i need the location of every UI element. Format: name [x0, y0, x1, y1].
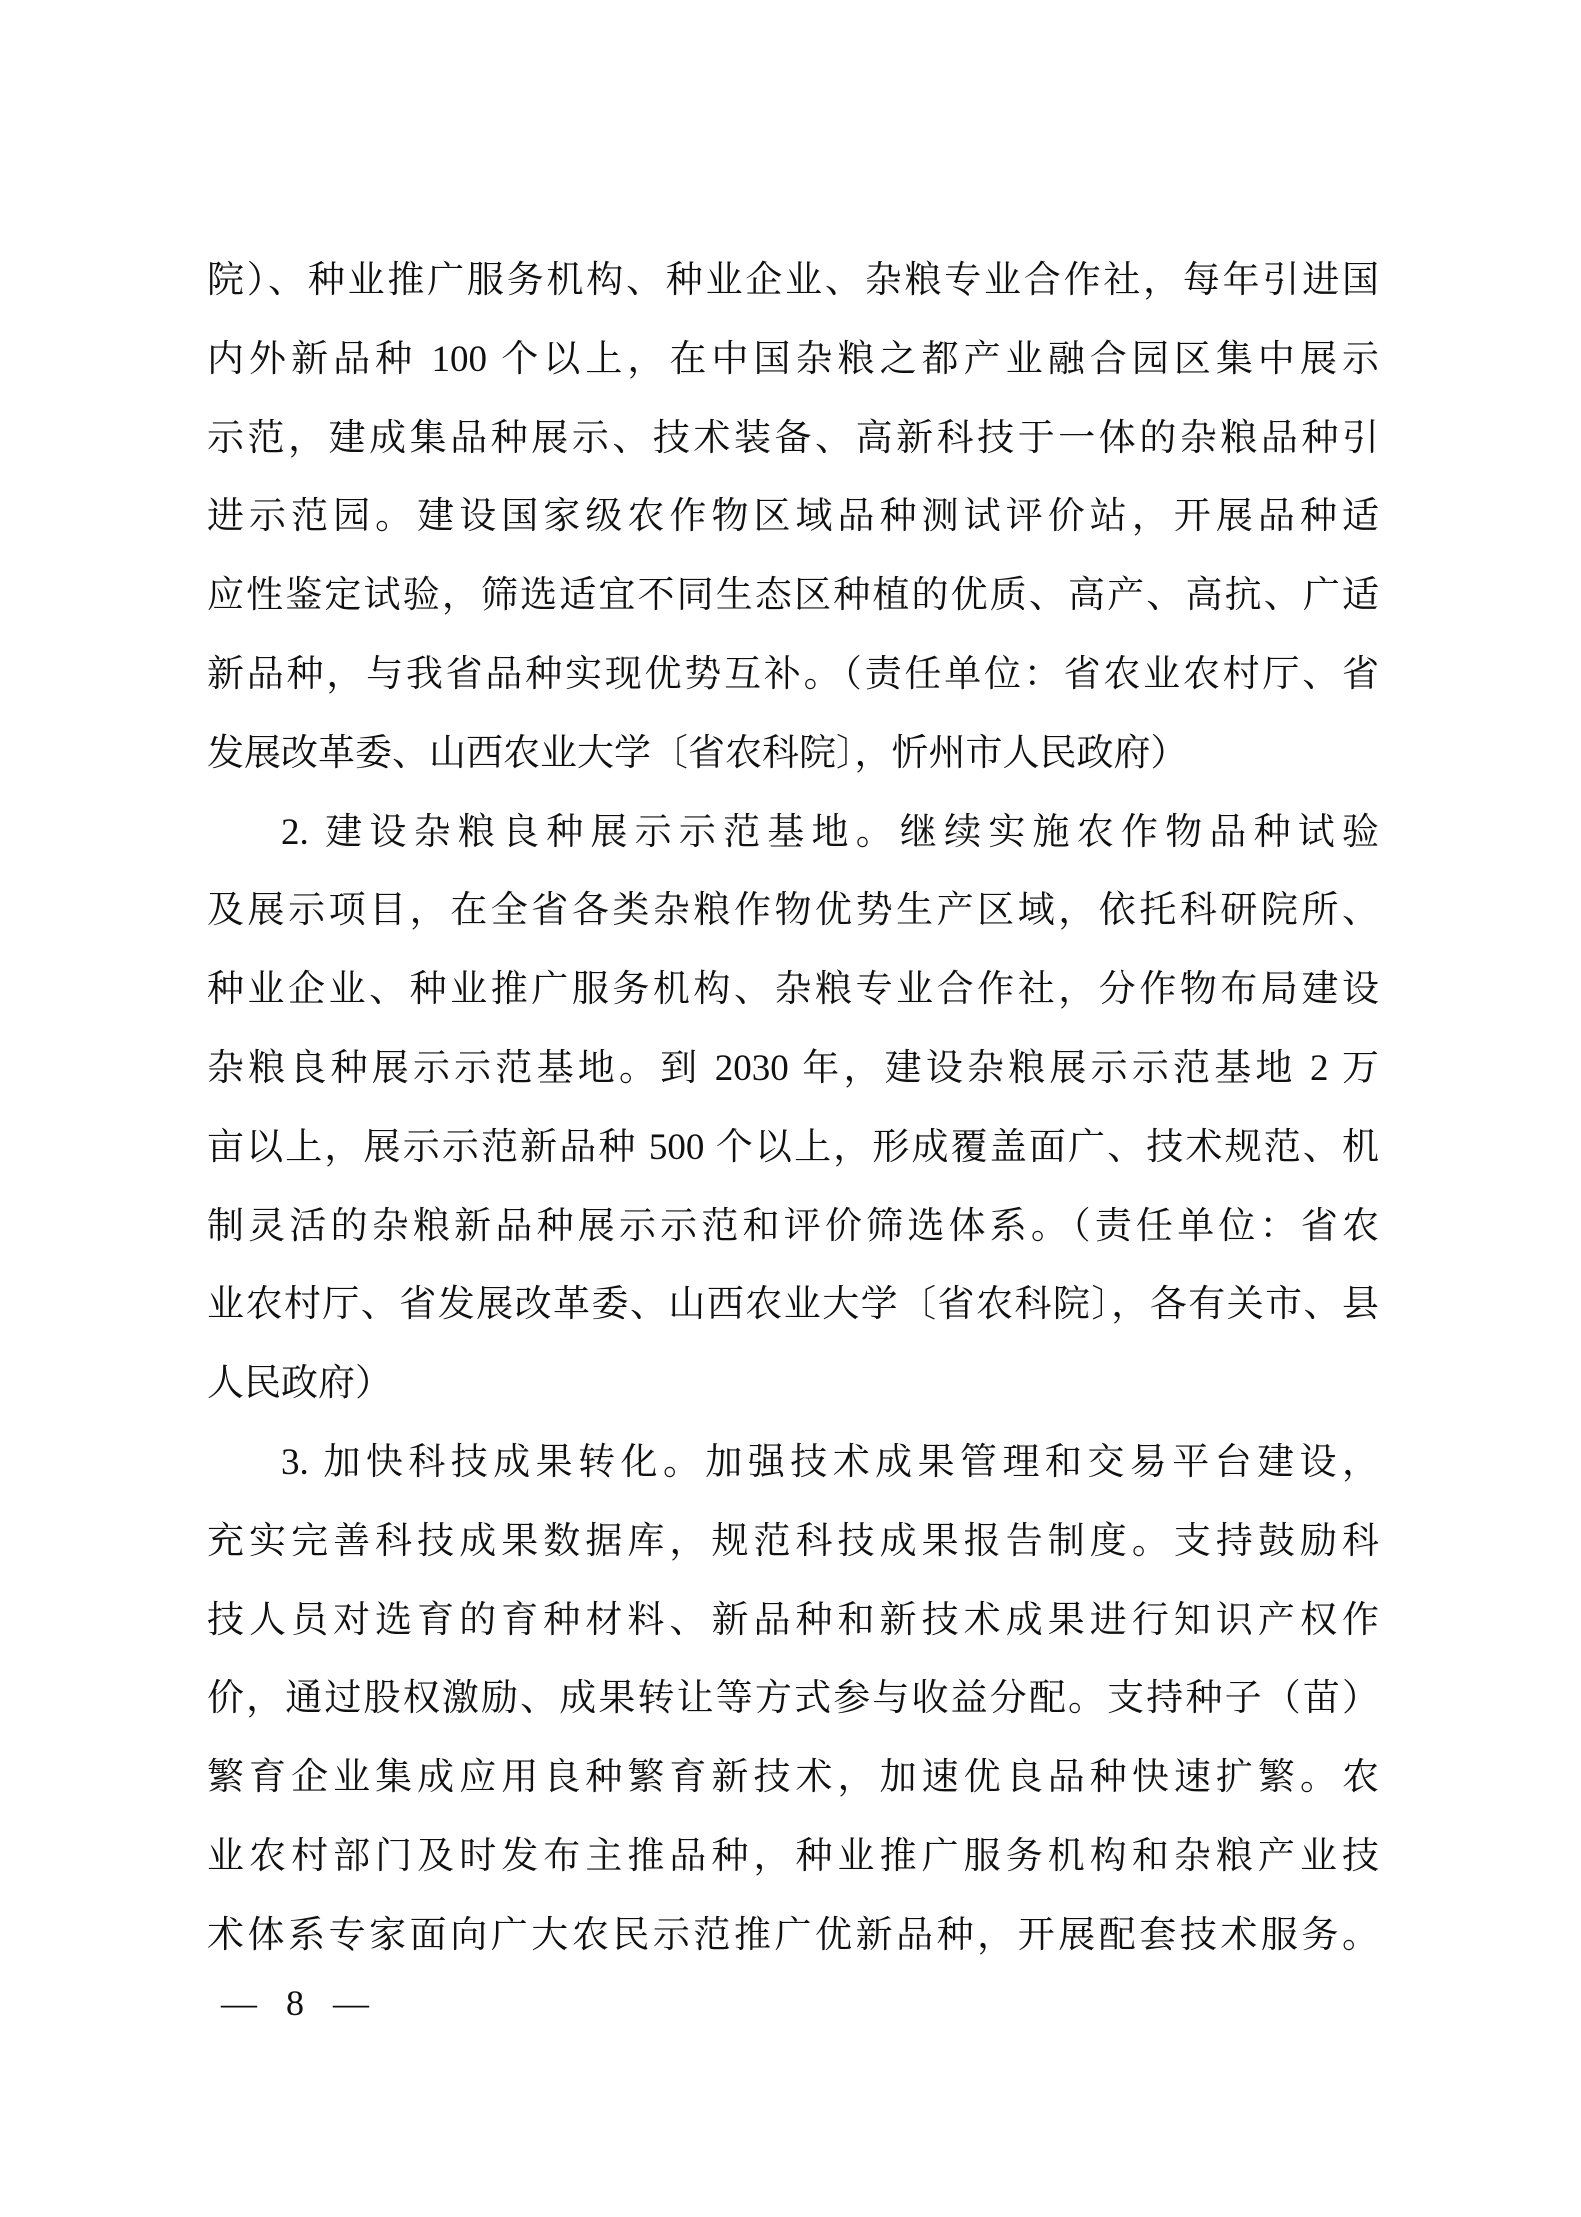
text-line: 及展示项目，在全省各类杂粮作物优势生产区域，依托科研院所、 [207, 872, 1379, 951]
text-line: 进示范园。建设国家级农作物区域品种测试评价站，开展品种适 [207, 478, 1379, 557]
text-line: 价，通过股权激励、成果转让等方式参与收益分配。支持种子（苗） [207, 1660, 1379, 1739]
text-line: 院）、种业推广服务机构、种业企业、杂粮专业合作社，每年引进国 [207, 242, 1379, 321]
text-line: 充实完善科技成果数据库，规范科技成果报告制度。支持鼓励科 [207, 1503, 1379, 1582]
text-line: 业农村部门及时发布主推品种，种业推广服务机构和杂粮产业技 [207, 1818, 1379, 1897]
text-line-paragraph-end: 人民政府） [207, 1345, 1379, 1424]
document-page: 院）、种业推广服务机构、种业企业、杂粮专业合作社，每年引进国 内外新品种 100… [0, 0, 1581, 2217]
text-line: 种业企业、种业推广服务机构、杂粮专业合作社，分作物布局建设 [207, 951, 1379, 1030]
text-line: 示范，建成集品种展示、技术装备、高新科技于一体的杂粮品种引 [207, 400, 1379, 479]
text-line-paragraph-start: 3. 加快科技成果转化。加强技术成果管理和交易平台建设， [207, 1424, 1379, 1503]
text-line: 内外新品种 100 个以上，在中国杂粮之都产业融合园区集中展示 [207, 321, 1379, 400]
page-number-footer: — 8 — [221, 1983, 370, 2023]
text-line: 制灵活的杂粮新品种展示示范和评价筛选体系。（责任单位：省农 [207, 1188, 1379, 1267]
text-line: 业农村厅、省发展改革委、山西农业大学〔省农科院〕，各有关市、县 [207, 1266, 1379, 1345]
text-line: 术体系专家面向广大农民示范推广优新品种，开展配套技术服务。 [207, 1897, 1379, 1976]
document-body: 院）、种业推广服务机构、种业企业、杂粮专业合作社，每年引进国 内外新品种 100… [207, 242, 1379, 1976]
text-line: 新品种，与我省品种实现优势互补。（责任单位：省农业农村厅、省 [207, 636, 1379, 715]
text-line: 应性鉴定试验，筛选适宜不同生态区种植的优质、高产、高抗、广适 [207, 557, 1379, 636]
text-line: 技人员对选育的育种材料、新品种和新技术成果进行知识产权作 [207, 1582, 1379, 1661]
text-line: 亩以上，展示示范新品种 500 个以上，形成覆盖面广、技术规范、机 [207, 1109, 1379, 1188]
text-line: 杂粮良种展示示范基地。到 2030 年，建设杂粮展示示范基地 2 万 [207, 1030, 1379, 1109]
text-line: 繁育企业集成应用良种繁育新技术，加速优良品种快速扩繁。农 [207, 1739, 1379, 1818]
text-line-paragraph-start: 2. 建设杂粮良种展示示范基地。继续实施农作物品种试验 [207, 794, 1379, 873]
text-line-paragraph-end: 发展改革委、山西农业大学〔省农科院〕，忻州市人民政府） [207, 715, 1379, 794]
